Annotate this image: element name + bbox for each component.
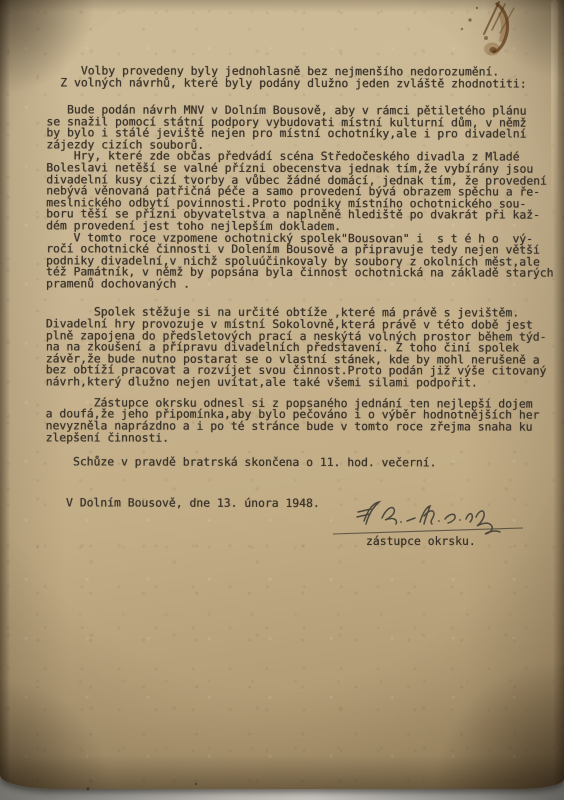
typed-text: Volby provedeny byly jednohlasně bez nej…	[45, 65, 561, 510]
photo-of-document: { "colors": { "paper": "#c6b28c", "ink":…	[0, 0, 564, 800]
paragraph-zastupce: Zástupce okrsku odnesl si z popsaného je…	[46, 397, 561, 445]
text-line: návrh,který dlužno nejen uvítat,ale také…	[46, 376, 561, 389]
paragraph-spolek: Spolek stěžuje si na určité obtíže ,kter…	[46, 307, 561, 390]
text-line: pramenů dochovaných .	[46, 278, 561, 291]
text-line: zlepšení činnosti.	[46, 432, 561, 445]
signature-caption: zástupce okrsku.	[366, 535, 476, 547]
text-line: Schůze v pravdě bratrská skončena o 11. …	[46, 457, 561, 470]
text-line: Z volných návrhů, které byly podány dluž…	[47, 77, 562, 90]
paragraph-hry: Hry, které zde občas předvádí scéna Stře…	[46, 151, 561, 234]
paragraph-intro: Volby provedeny byly jednohlasně bez nej…	[47, 65, 562, 90]
paragraph-vyroci: V tomto roce vzpomene ochotnický spolek"…	[46, 232, 561, 291]
paragraph-schuze: Schůze v pravdě bratrská skončena o 11. …	[46, 457, 561, 470]
paragraph-navrh: Bude podán návrh MNV v Dolním Bousově, a…	[46, 104, 561, 152]
text-line: V Dolním Bousově, dne 13. února 1948.	[45, 497, 560, 510]
date-line: V Dolním Bousově, dne 13. února 1948.	[45, 497, 560, 510]
